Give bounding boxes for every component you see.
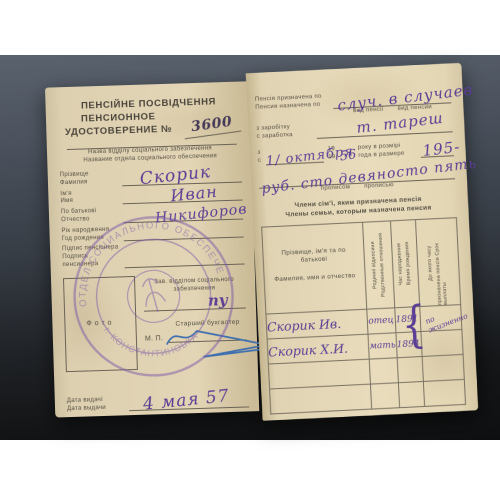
field-birth-label-ru: Год рождения [62,234,124,244]
col-term-header-uk: До якого часу [427,245,434,281]
tabletop-background: ПЕНСІЙНЕ ПОСВІДЧЕННЯ ПЕНСИОННОЕ УДОСТОВЕ… [0,55,500,440]
mp-seal-label: М. П. [145,334,163,344]
certificate-left-page: ПЕНСІЙНЕ ПОСВІДЧЕННЯ ПЕНСИОННОЕ УДОСТОВЕ… [45,81,259,417]
field-birth-year: Рік народження Год рождения [61,222,243,243]
year-prefix-ru: 19 [324,154,340,163]
name-value: Иван [170,182,219,206]
certificate-title-ru: ПЕНСИОННОЕ УДОСТОВЕРЕНИЕ № [58,110,179,139]
head-signature-line: пу [144,294,246,312]
earnings-row: з заробітку с заработка т. тареш [256,117,453,142]
certificate-number: 3600 [182,111,242,138]
field-name-label-ru: Имя [60,197,122,207]
open-certificate-booklet: ПЕНСІЙНЕ ПОСВІДЧЕННЯ ПЕНСИОННОЕ УДОСТОВЕ… [45,66,476,421]
brace-glyph: { [401,299,428,350]
field-name: Ім'я Имя Иван [60,185,242,206]
field-patronymic: По батькові Отчество Никифоров [61,204,243,225]
start-year-value: 56 [339,147,358,164]
term-note-annotation: { по жизненно [401,303,467,344]
member-2-relation: мать [368,333,396,359]
col-relation-header-ru: Родственные отношения [378,233,387,297]
amount-value: 195- [421,137,461,159]
photo-label: Фото [86,319,114,329]
col-term-header-ru: призначена пенсія Срок выплаты [434,219,450,305]
field-patronymic-label-ru: Отчество [61,215,123,225]
member-1-relation: отец [367,308,395,334]
col-birth-header-ru: Время рождения [405,242,413,286]
head-signature-ink: пу [208,291,228,310]
photo-of-pension-certificate: ПЕНСІЙНЕ ПОСВІДЧЕННЯ ПЕНСИОННОЕ УДОСТОВЕ… [0,0,500,500]
field-pensioner-signature: Підпис пенсіонера Подпись пенсионера [62,241,245,270]
issue-date-value: 4 мая 57 [142,386,230,415]
table-header-row: Прізвище, ім'я та по батькові Фамилия, и… [262,218,461,314]
issue-date-row: Дата видачі Дата выдачи 4 мая 57 [67,392,249,413]
term-note-text: по жизненно [424,304,468,335]
photo-placeholder-box: Фото [63,276,138,372]
field-surname-label-ru: Фамилия [60,178,122,188]
field-signature-label-ru: Подпись пенсионера [62,252,124,270]
accountant-signature-line [169,329,247,342]
date-label-ru: Дата выдачи [67,404,129,414]
certificate-right-page: Пенсія призначена по Пенсия назначена по… [246,63,479,421]
col-name-header-ru: Фамилия, имя и отчество [265,272,366,285]
earnings-label-ru: с заработка [257,131,317,142]
